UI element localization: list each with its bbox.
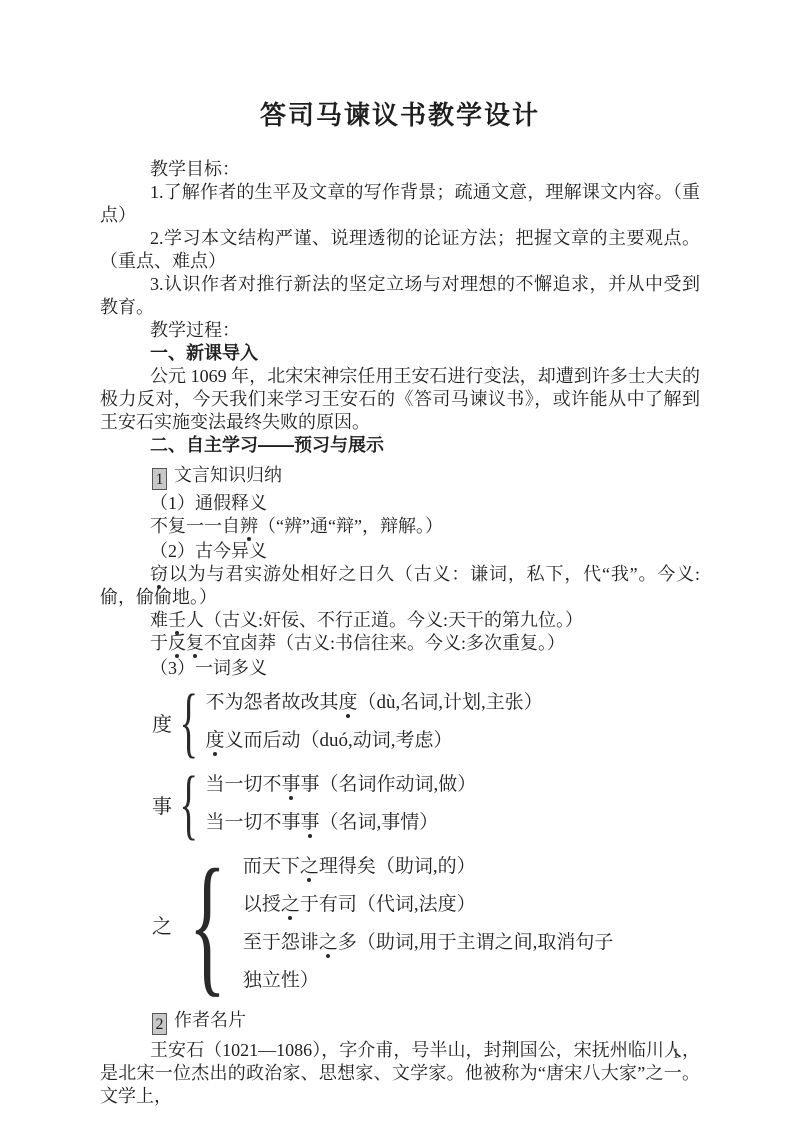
- author-block-title-line: 2作者名片: [100, 1008, 700, 1035]
- objective-item-1: 1.了解作者的生平及文章的写作背景；疏通文意，理解课文内容。（重点）: [100, 181, 700, 227]
- gujin-line-2: 难壬人（古义:奸佞、不行正道。今义:天干的第九位。）: [100, 609, 700, 632]
- tongjia-line: 不复一一自辨（“辨”通“辩”，辩解。）: [100, 515, 700, 538]
- polysemy-line: 度义而后动（duó,动词,考虑）: [205, 722, 700, 760]
- knowledge-block-title-line: 1文言知识归纳: [100, 463, 700, 490]
- lead-in-paragraph: 公元 1069 年，北宋宋神宗任用王安石进行变法，却遭到许多士大夫的极力反对，今…: [100, 365, 700, 434]
- polysemy-line: 不为怨者故改其度（dù,名词,计划,主张）: [205, 684, 700, 722]
- polysemy-line: 以授之于有司（代词,法度）: [243, 886, 700, 924]
- objectives-heading: 教学目标：: [100, 158, 700, 181]
- gujin-line-1: 窃以为与君实游处相好之日久（古义：谦词，私下，代“我”。今义:偷，偷偷地。）: [100, 563, 700, 609]
- polysemy-group-zhi: 之 而天下之理得矣（助词,的） 以授之于有司（代词,法度） 至于怨诽之多（助词,…: [152, 848, 700, 1000]
- subheading-tongjia: （1）通假释义: [100, 492, 700, 515]
- polysemy-line: 至于怨诽之多（助词,用于主谓之间,取消句子: [243, 924, 700, 962]
- document-page: 答司马谏议书教学设计 教学目标： 1.了解作者的生平及文章的写作背景；疏通文意，…: [0, 0, 800, 1132]
- block-number-badge-2: 2: [152, 1013, 167, 1035]
- polysemy-group-label: 之: [152, 910, 172, 939]
- page-number: 1: [672, 1046, 680, 1063]
- section-heading-lead-in: 一、新课导入: [100, 342, 700, 365]
- subheading-gujin: （2）古今异义: [100, 540, 700, 563]
- subheading-polysemy: （3）一词多义: [100, 657, 700, 680]
- process-heading: 教学过程：: [100, 319, 700, 342]
- section-heading-self-study: 二、自主学习——预习与展示: [100, 434, 700, 457]
- objective-item-3: 3.认识作者对推行新法的坚定立场与对理想的不懈追求，并从中受到教育。: [100, 273, 700, 319]
- polysemy-group-shi: 事 当一切不事事（名词作动词,做） 当一切不事事（名词,事情）: [152, 766, 700, 842]
- polysemy-group-lines: 不为怨者故改其度（dù,名词,计划,主张） 度义而后动（duó,动词,考虑）: [205, 684, 700, 760]
- polysemy-group-du: 度 不为怨者故改其度（dù,名词,计划,主张） 度义而后动（duó,动词,考虑）: [152, 684, 700, 760]
- left-brace-icon: [179, 767, 198, 841]
- polysemy-line: 而天下之理得矣（助词,的）: [243, 848, 700, 886]
- page-content: 答司马谏议书教学设计 教学目标： 1.了解作者的生平及文章的写作背景；疏通文意，…: [100, 90, 700, 1108]
- polysemy-group-lines: 当一切不事事（名词作动词,做） 当一切不事事（名词,事情）: [205, 766, 700, 842]
- polysemy-line: 独立性）: [243, 962, 700, 1000]
- polysemy-group-label: 度: [152, 708, 172, 737]
- gujin-line-3: 于反复不宜卤莽（古义:书信往来。今义:多次重复。）: [100, 632, 700, 655]
- block-number-badge-1: 1: [152, 468, 167, 490]
- polysemy-group-label: 事: [152, 790, 172, 819]
- objective-item-2: 2.学习本文结构严谨、说理透彻的论证方法；把握文章的主要观点。（重点、难点）: [100, 227, 700, 273]
- knowledge-block-title: 文言知识归纳: [174, 465, 282, 485]
- author-paragraph: 王安石（1021—1086），字介甫，号半山，封荆国公，宋抚州临川人，是北宋一位…: [100, 1039, 700, 1108]
- left-brace-icon: [189, 850, 226, 998]
- left-brace-icon: [179, 685, 198, 759]
- polysemy-line: 当一切不事事（名词,事情）: [205, 804, 700, 842]
- polysemy-line: 当一切不事事（名词作动词,做）: [205, 766, 700, 804]
- author-block-title: 作者名片: [174, 1010, 246, 1030]
- page-title: 答司马谏议书教学设计: [100, 98, 700, 132]
- polysemy-group-lines: 而天下之理得矣（助词,的） 以授之于有司（代词,法度） 至于怨诽之多（助词,用于…: [243, 848, 700, 1000]
